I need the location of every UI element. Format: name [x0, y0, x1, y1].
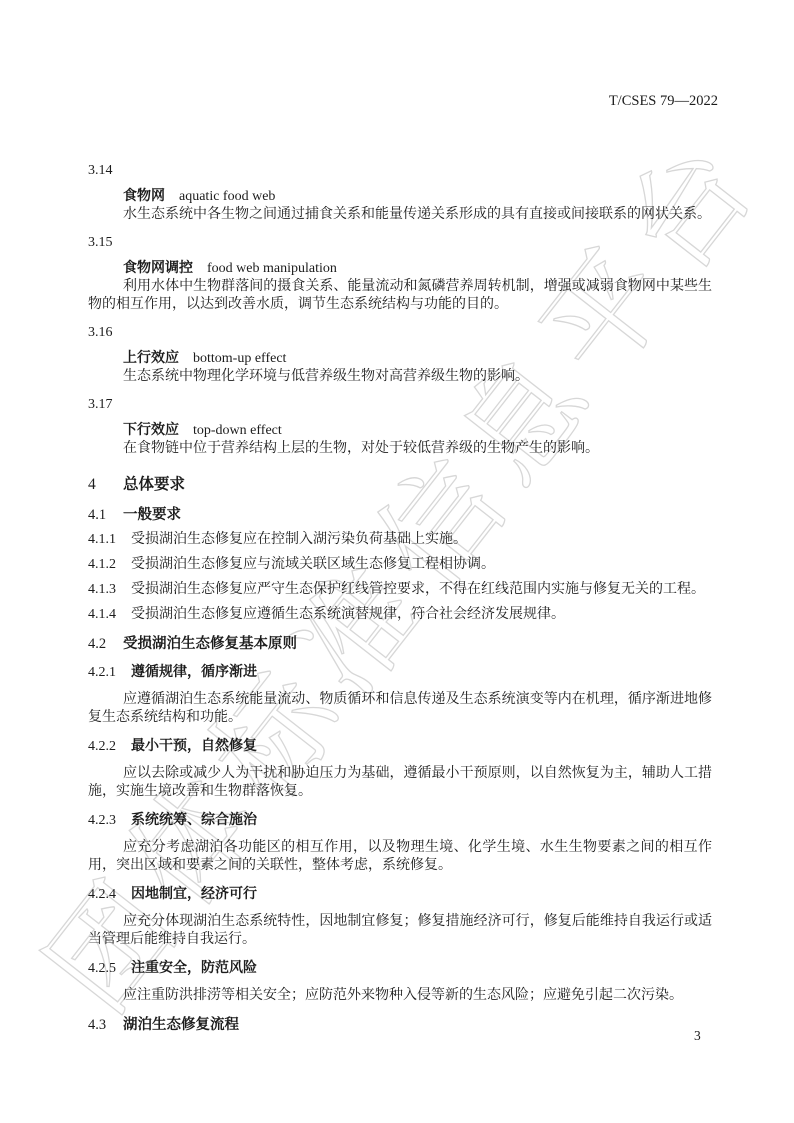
- heading-clause-4-2-5: 4.2.5注重安全，防范风险: [88, 958, 712, 978]
- definition-text: 生态系统中物理化学环境与低营养级生物对高营养级生物的影响。: [88, 368, 712, 386]
- definition-text: 水生态系统中各生物之间通过捕食关系和能量传递关系形成的具有直接或间接联系的网状关…: [88, 206, 712, 224]
- term-chinese: 上行效应: [123, 349, 179, 365]
- page-number: 3: [694, 1028, 701, 1044]
- term-line: 下行效应top-down effect: [88, 420, 712, 440]
- term-english: food web manipulation: [207, 261, 337, 276]
- heading-clause-4-2-1: 4.2.1遵循规律，循序渐进: [88, 662, 712, 682]
- heading-number: 4.2: [88, 635, 123, 653]
- principle-text: 应充分体现湖泊生态系统特性，因地制宜修复；修复措施经济可行，修复后能维持自我运行…: [88, 913, 712, 949]
- page-content: 3.14 食物网aquatic food web 水生态系统中各生物之间通过捕食…: [88, 162, 712, 1034]
- document-page: 团体标准信息平台 T/CSES 79—2022 3.14 食物网aquatic …: [0, 0, 794, 1123]
- heading-number: 4.2.3: [88, 812, 131, 830]
- term-chinese: 食物网调控: [123, 259, 193, 275]
- heading-clause-4: 4总体要求: [88, 475, 712, 495]
- page-header: T/CSES 79—2022: [88, 92, 718, 110]
- definition-3-16: 3.16 上行效应bottom-up effect 生态系统中物理化学环境与低营…: [88, 324, 712, 386]
- heading-number: 4: [88, 475, 123, 495]
- item-number: 4.1.1: [88, 531, 131, 549]
- heading-title: 湖泊生态修复流程: [123, 1017, 239, 1033]
- heading-clause-4-2-4: 4.2.4因地制宜，经济可行: [88, 884, 712, 904]
- heading-clause-4-2-3: 4.2.3系统统筹、综合施治: [88, 810, 712, 830]
- definition-3-15: 3.15 食物网调控food web manipulation 利用水体中生物群…: [88, 234, 712, 314]
- heading-title: 注重安全，防范风险: [131, 959, 257, 975]
- clause-item-4-1-4: 4.1.4受损湖泊生态修复应遵循生态系统演替规律，符合社会经济发展规律。: [88, 606, 712, 624]
- clause-4-1-items: 4.1.1受损湖泊生态修复应在控制入湖污染负荷基础上实施。 4.1.2受损湖泊生…: [88, 531, 712, 624]
- heading-title: 因地制宜，经济可行: [131, 885, 257, 901]
- heading-clause-4-2-2: 4.2.2最小干预，自然修复: [88, 736, 712, 756]
- term-chinese: 下行效应: [123, 421, 179, 437]
- definition-text: 利用水体中生物群落间的摄食关系、能量流动和氮磷营养周转机制，增强或减弱食物网中某…: [88, 278, 712, 314]
- principle-text: 应充分考虑湖泊各功能区的相互作用，以及物理生境、化学生境、水生生物要素之间的相互…: [88, 839, 712, 875]
- definition-text: 在食物链中位于营养结构上层的生物，对处于较低营养级的生物产生的影响。: [88, 440, 712, 458]
- clause-number: 3.14: [88, 162, 712, 180]
- heading-title: 总体要求: [123, 476, 185, 493]
- clause-item-4-1-2: 4.1.2受损湖泊生态修复应与流域关联区域生态修复工程相协调。: [88, 556, 712, 574]
- heading-number: 4.3: [88, 1016, 123, 1034]
- item-number: 4.1.3: [88, 581, 131, 599]
- term-english: bottom-up effect: [193, 351, 286, 366]
- clause-number: 3.15: [88, 234, 712, 252]
- heading-number: 4.2.2: [88, 738, 131, 756]
- item-number: 4.1.2: [88, 556, 131, 574]
- principle-4-2-1: 4.2.1遵循规律，循序渐进 应遵循湖泊生态系统能量流动、物质循环和信息传递及生…: [88, 662, 712, 727]
- term-english: aquatic food web: [179, 189, 275, 204]
- heading-clause-4-2: 4.2受损湖泊生态修复基本原则: [88, 635, 712, 653]
- item-text: 受损湖泊生态修复应遵循生态系统演替规律，符合社会经济发展规律。: [131, 607, 565, 622]
- term-chinese: 食物网: [123, 187, 165, 203]
- item-text: 受损湖泊生态修复应在控制入湖污染负荷基础上实施。: [131, 532, 467, 547]
- heading-number: 4.2.1: [88, 664, 131, 682]
- heading-number: 4.1: [88, 506, 123, 524]
- principle-text: 应注重防洪排涝等相关安全；应防范外来物种入侵等新的生态风险；应避免引起二次污染。: [88, 987, 712, 1005]
- heading-title: 一般要求: [123, 507, 181, 523]
- heading-title: 最小干预，自然修复: [131, 737, 257, 753]
- clause-item-4-1-3: 4.1.3受损湖泊生态修复应严守生态保护红线管控要求，不得在红线范围内实施与修复…: [88, 581, 712, 599]
- clause-number: 3.16: [88, 324, 712, 342]
- heading-clause-4-1: 4.1一般要求: [88, 506, 712, 524]
- clause-number: 3.17: [88, 396, 712, 414]
- clause-item-4-1-1: 4.1.1受损湖泊生态修复应在控制入湖污染负荷基础上实施。: [88, 531, 712, 549]
- term-line: 食物网调控food web manipulation: [88, 258, 712, 278]
- definition-3-17: 3.17 下行效应top-down effect 在食物链中位于营养结构上层的生…: [88, 396, 712, 458]
- term-line: 上行效应bottom-up effect: [88, 348, 712, 368]
- item-number: 4.1.4: [88, 606, 131, 624]
- heading-title: 受损湖泊生态修复基本原则: [123, 636, 297, 652]
- heading-title: 系统统筹、综合施治: [131, 811, 257, 827]
- heading-title: 遵循规律，循序渐进: [131, 663, 257, 679]
- principle-text: 应以去除或减少人为干扰和胁迫压力为基础，遵循最小干预原则，以自然恢复为主，辅助人…: [88, 765, 712, 801]
- term-english: top-down effect: [193, 423, 282, 438]
- heading-clause-4-3: 4.3湖泊生态修复流程: [88, 1016, 712, 1034]
- item-text: 受损湖泊生态修复应与流域关联区域生态修复工程相协调。: [131, 557, 495, 572]
- term-line: 食物网aquatic food web: [88, 186, 712, 206]
- principle-4-2-4: 4.2.4因地制宜，经济可行 应充分体现湖泊生态系统特性，因地制宜修复；修复措施…: [88, 884, 712, 949]
- heading-number: 4.2.5: [88, 960, 131, 978]
- principle-4-2-2: 4.2.2最小干预，自然修复 应以去除或减少人为干扰和胁迫压力为基础，遵循最小干…: [88, 736, 712, 801]
- principle-4-2-3: 4.2.3系统统筹、综合施治 应充分考虑湖泊各功能区的相互作用，以及物理生境、化…: [88, 810, 712, 875]
- item-text: 受损湖泊生态修复应严守生态保护红线管控要求，不得在红线范围内实施与修复无关的工程…: [131, 582, 705, 597]
- principle-4-2-5: 4.2.5注重安全，防范风险 应注重防洪排涝等相关安全；应防范外来物种入侵等新的…: [88, 958, 712, 1005]
- principle-text: 应遵循湖泊生态系统能量流动、物质循环和信息传递及生态系统演变等内在机理，循序渐进…: [88, 691, 712, 727]
- definition-3-14: 3.14 食物网aquatic food web 水生态系统中各生物之间通过捕食…: [88, 162, 712, 224]
- heading-number: 4.2.4: [88, 886, 131, 904]
- standard-number: T/CSES 79—2022: [609, 93, 718, 109]
